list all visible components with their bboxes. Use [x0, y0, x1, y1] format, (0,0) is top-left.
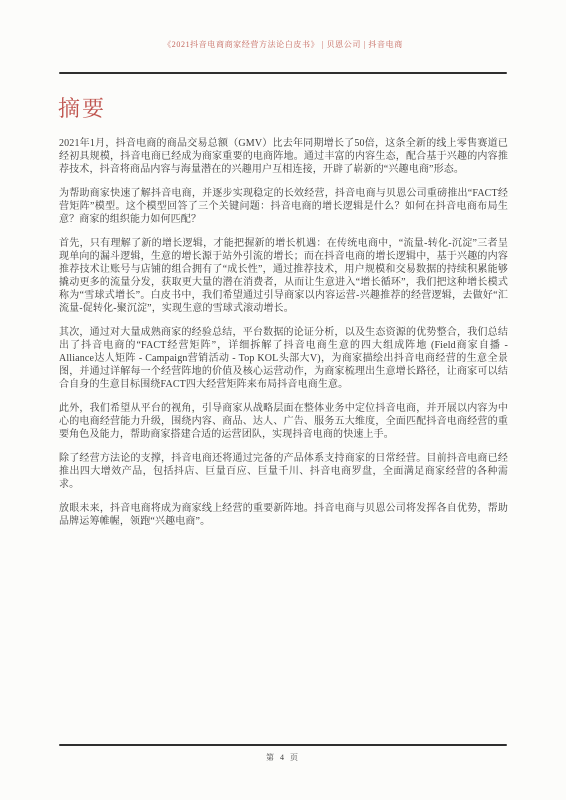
page-number: 第 4 页	[0, 752, 566, 763]
paragraph: 首先，只有理解了新的增长逻辑，才能把握新的增长机遇：在传统电商中，“流量-转化-…	[59, 237, 508, 315]
abstract-body: 2021年1月，抖音电商的商品交易总额（GMV）比去年同期增长了50倍，这条全新…	[59, 137, 508, 539]
footer-divider	[59, 744, 507, 746]
paragraph: 其次，通过对大量成熟商家的经验总结，平台数据的论证分析，以及生态资源的优势整合，…	[59, 326, 508, 391]
document-page: 《2021抖音电商商家经营方法论白皮书》 | 贝恩公司 | 抖音电商 摘要 20…	[0, 0, 566, 800]
section-title: 摘要	[58, 92, 106, 123]
running-header: 《2021抖音电商商家经营方法论白皮书》 | 贝恩公司 | 抖音电商	[0, 39, 566, 50]
header-divider	[59, 72, 507, 74]
paragraph: 2021年1月，抖音电商的商品交易总额（GMV）比去年同期增长了50倍，这条全新…	[59, 137, 508, 176]
paragraph: 为帮助商家快速了解抖音电商，并逐步实现稳定的长效经营，抖音电商与贝恩公司重磅推出…	[59, 187, 508, 226]
paragraph: 除了经营方法论的支撑，抖音电商还将通过完备的产品体系支持商家的日常经营。目前抖音…	[59, 452, 508, 491]
paragraph: 此外，我们希望从平台的视角，引导商家从战略层面在整体业务中定位抖音电商，并开展以…	[59, 402, 508, 441]
paragraph: 放眼未来，抖音电商将成为商家线上经营的重要新阵地。抖音电商与贝恩公司将发挥各自优…	[59, 502, 508, 528]
